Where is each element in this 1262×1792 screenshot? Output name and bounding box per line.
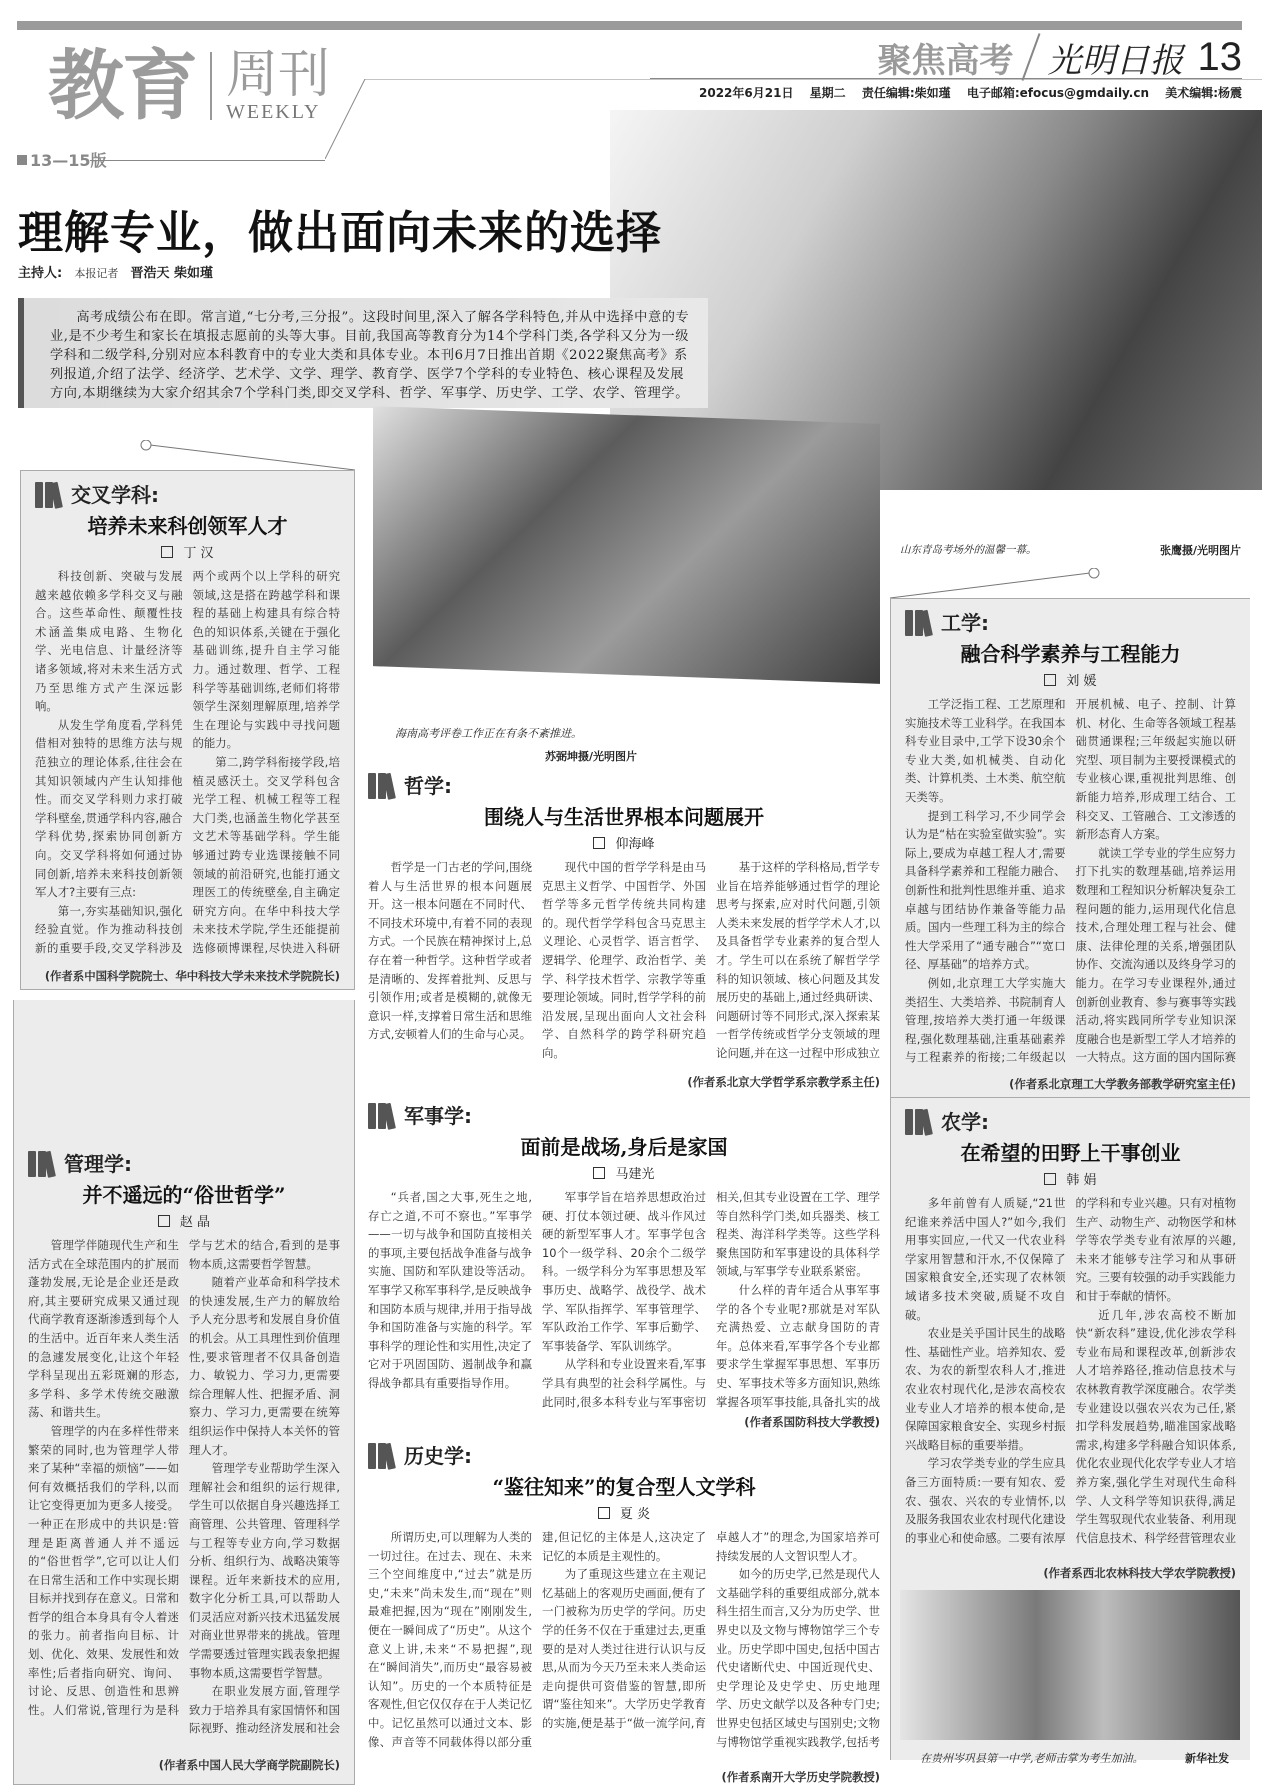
author-signature: (作者系国防科技大学教授): [368, 1413, 880, 1432]
pages-rule: [90, 160, 325, 161]
host-line: 主持人: 本报记者 晋浩天 柴如瑾: [18, 262, 213, 281]
square-icon: [1044, 674, 1056, 686]
square-icon: [593, 837, 605, 849]
section-body: 管理学伴随现代生产和生活方式在全球范围内的扩展而蓬勃发展,无论是企业还是政府,其…: [28, 1236, 340, 1756]
intro-box: 高考成绩公布在即。常言道,“七分考,三分报”。这段时间里,深入了解各学科特色,并…: [18, 298, 708, 408]
weekly-cn: 周刊: [226, 49, 330, 101]
author: 仰海峰: [368, 833, 880, 852]
section-title: “鉴往知来”的复合型人文学科: [368, 1471, 880, 1500]
books-icon: [35, 482, 63, 508]
square-bullet-icon: [17, 155, 27, 165]
section-title: 在希望的田野上干事创业: [905, 1137, 1236, 1166]
photo-hainan-grading: [373, 406, 880, 684]
square-icon: [598, 1507, 610, 1519]
section-title: 培养未来科创领军人才: [35, 510, 340, 539]
weekly-en: WEEKLY: [226, 101, 330, 124]
page-number: 13: [1198, 35, 1243, 80]
square-icon: [161, 546, 173, 558]
author-signature: (作者系北京大学哲学系宗教学系主任): [368, 1073, 880, 1092]
page-headline: 理解专业，做出面向未来的选择: [18, 196, 662, 261]
email[interactable]: 电子邮箱:efocus@gmdaily.cn: [967, 86, 1149, 100]
square-icon: [593, 1167, 605, 1179]
section-name: 教育: [48, 48, 196, 124]
photo-caption: 山东青岛考场外的温馨一幕。: [900, 542, 1037, 557]
author-signature: (作者系中国人民大学商学院副院长): [28, 1756, 340, 1775]
section-body: 工学泛指工程、工艺原理和实施技术等工业科学。在我国本科专业目录中,工学下设30余…: [905, 695, 1236, 1075]
top-rule: [17, 21, 1242, 30]
section-philosophy: 哲学: 围绕人与生活世界根本问题展开 仰海峰 哲学是一门古老的学问,围绕着人与生…: [368, 770, 880, 1090]
author: 马建光: [368, 1163, 880, 1182]
connector-line: [890, 568, 1100, 600]
section-military: 军事学: 面前是战场,身后是家国 马建光 “兵者,国之大事,死生之地,存亡之道,…: [368, 1100, 880, 1420]
art-editor: 美术编辑:杨震: [1165, 86, 1242, 100]
photo-guizhou-cheering: [900, 1590, 1240, 1740]
author-signature: (作者系中国科学院院士、华中科技大学未来技术学院院长): [35, 967, 340, 986]
photo-credit: 苏弼坤摄/光明图片: [545, 748, 637, 764]
books-icon: [905, 610, 933, 636]
section-engineering: 工学: 融合科学素养与工程能力 刘 媛 工学泛指工程、工艺原理和实施技术等工业科…: [890, 598, 1250, 1098]
section-body: 多年前曾有人质疑,“21世纪谁来养活中国人?”如今,我们用事实回应,一代又一代农…: [905, 1194, 1236, 1564]
books-icon: [368, 1103, 396, 1129]
section-title: 围绕人与生活世界根本问题展开: [368, 801, 880, 830]
issue-info: 2022年6月21日 星期二 责任编辑:柴如瑾 电子邮箱:efocus@gmda…: [687, 84, 1242, 101]
author: 韩 娟: [905, 1169, 1236, 1188]
author-signature: (作者系南开大学历史学院教授): [368, 1768, 880, 1787]
section-agriculture: 农学: 在希望的田野上干事创业 韩 娟 多年前曾有人质疑,“21世纪谁来养活中国…: [890, 1098, 1250, 1583]
slash-divider: [1021, 33, 1040, 81]
section-title: 面前是战场,身后是家国: [368, 1131, 880, 1160]
photo-credit: 新华社发: [1185, 1750, 1229, 1766]
editor: 责任编辑:柴如瑾: [862, 86, 951, 100]
issue-weekday: 星期二: [810, 86, 846, 100]
books-icon: [905, 1109, 933, 1135]
books-icon: [368, 773, 396, 799]
paper-banner: 聚焦高考 光明日报 13: [878, 32, 1243, 82]
section-body: “兵者,国之大事,死生之地,存亡之道,不可不察也。”军事学——一切与战争和国防直…: [368, 1188, 880, 1413]
photo-caption: 在贵州岑巩县第一中学,老师击掌为考生加油。: [920, 1750, 1144, 1766]
author: 夏 炎: [368, 1503, 880, 1522]
section-cross-disciplinary: 交叉学科: 培养未来科创领军人才 丁 汉 科技创新、突破与发展越来越依赖多学科交…: [20, 470, 355, 990]
newspaper-name: 光明日报: [1048, 33, 1184, 82]
section-masthead: 教育 周刊 WEEKLY: [48, 48, 330, 124]
section-body: 哲学是一门古老的学问,围绕着人与生活世界的根本问题展开。这一根本问题在不同时代、…: [368, 858, 880, 1073]
square-icon: [1044, 1173, 1056, 1185]
section-body: 科技创新、突破与发展越来越依赖多学科交叉与融合。这些革命性、颠覆性技术涵盖集成电…: [35, 567, 340, 967]
section-title: 并不遥远的“俗世哲学”: [28, 1179, 340, 1208]
section-body: 所谓历史,可以理解为人类的一切过往。在过去、现在、未来三个空间维度中,“过去”就…: [368, 1528, 880, 1768]
header-rule: [650, 78, 1242, 79]
masthead-divider: [210, 52, 212, 120]
issue-date: 2022年6月21日: [699, 86, 793, 100]
photo-credit: 张鹰摄/光明图片: [1160, 542, 1241, 558]
author: 丁 汉: [35, 542, 340, 561]
square-icon: [158, 1215, 170, 1227]
books-icon: [368, 1443, 396, 1469]
column-title: 聚焦高考: [878, 33, 1014, 82]
author: 刘 媛: [905, 670, 1236, 689]
author-signature: (作者系北京理工大学教务部教学研究室主任): [905, 1075, 1236, 1094]
author: 赵 晶: [28, 1211, 340, 1230]
photo-caption: 海南高考评卷工作正在有条不紊推进。: [395, 725, 582, 741]
books-icon: [28, 1151, 56, 1177]
section-management: 管理学: 并不遥远的“俗世哲学” 赵 晶 管理学伴随现代生产和生活方式在全球范围…: [13, 1000, 355, 1785]
section-title: 融合科学素养与工程能力: [905, 638, 1236, 667]
section-history: 历史学: “鉴往知来”的复合型人文学科 夏 炎 所谓历史,可以理解为人类的一切过…: [368, 1440, 880, 1790]
